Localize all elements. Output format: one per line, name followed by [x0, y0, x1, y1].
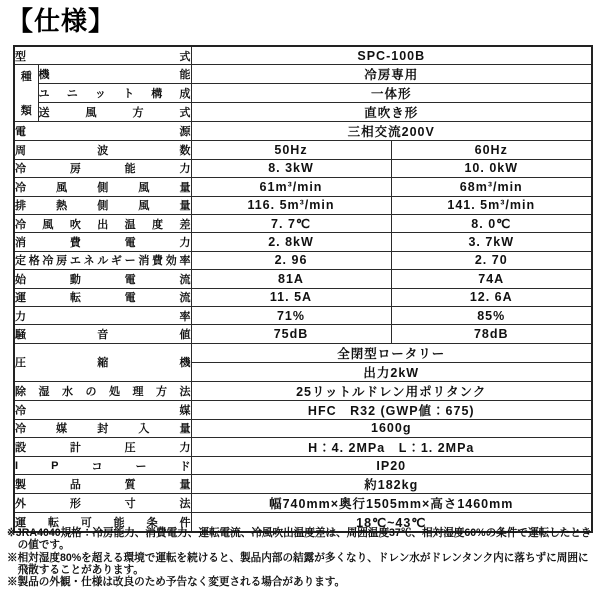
label-char: ユ — [39, 85, 50, 101]
label-char: 圧 — [15, 354, 26, 370]
spec-label-cell: 始動電流 — [14, 270, 191, 288]
label-char: 費 — [152, 252, 163, 268]
spec-label-cell: IPコード — [14, 457, 191, 475]
label-char: 出 — [97, 216, 108, 232]
label-text: 力率 — [15, 308, 191, 324]
spec-value-cell: 61m³/min — [191, 178, 391, 196]
spec-row: ユニット構成一体形 — [14, 84, 592, 103]
spec-value-cell: 1600g — [191, 419, 592, 437]
spec-value-cell: 約182kg — [191, 475, 592, 494]
group-label: 種類 — [15, 65, 38, 121]
label-char: 力 — [179, 160, 190, 176]
label-char: 側 — [97, 179, 108, 195]
label-char: エ — [70, 252, 81, 268]
label-char: ド — [179, 458, 190, 474]
spec-value-cell: 冷房専用 — [191, 65, 592, 84]
label-char: 水 — [62, 383, 73, 399]
spec-row: 電源三相交流200V — [14, 122, 592, 141]
label-char: 式 — [180, 104, 191, 120]
label-char: 機 — [180, 354, 191, 370]
label-char: ー — [135, 458, 146, 474]
label-char: 風 — [138, 179, 149, 195]
label-char: 冷 — [15, 420, 26, 436]
label-char: 成 — [179, 85, 190, 101]
spec-row: 冷媒HFC R32 (GWP値：675) — [14, 400, 592, 419]
label-text: 冷房能力 — [15, 160, 191, 176]
spec-value-cell: 幅740mm×奥行1505mm×高さ1460mm — [191, 494, 592, 513]
label-char: 湿 — [39, 383, 50, 399]
footnote: ※JRA4040規格：冷房能力、消費電力、運転電流、冷風吹出温度差は、周囲温度3… — [7, 527, 595, 552]
label-char: 排 — [15, 197, 26, 213]
spec-value-cell: 出力2kW — [191, 362, 592, 381]
label-char: 風 — [86, 104, 97, 120]
label-char: 力 — [15, 308, 26, 324]
label-char: ル — [97, 252, 108, 268]
label-text: 消費電力 — [15, 234, 191, 250]
spec-value-cell: 8. 0℃ — [391, 214, 592, 232]
label-char: 房 — [56, 252, 67, 268]
label-text: 機能 — [39, 66, 191, 82]
spec-label-cell: 冷媒 — [14, 400, 191, 419]
label-char: 始 — [15, 271, 26, 287]
label-char: 波 — [97, 142, 108, 158]
spec-value-cell: 2. 96 — [191, 251, 391, 269]
label-char: 圧 — [125, 439, 136, 455]
footnotes: ※JRA4040規格：冷房能力、消費電力、運転電流、冷風吹出温度差は、周囲温度3… — [7, 527, 595, 588]
spec-page: { "title": "【仕様】", "colors": { "border":… — [0, 0, 600, 600]
spec-row: 周波数50Hz60Hz — [14, 141, 592, 159]
spec-value-cell: 3. 7kW — [391, 233, 592, 251]
spec-row: 定格冷房エネルギー消費効率2. 962. 70 — [14, 251, 592, 269]
spec-value-cell: 25リットルドレン用ポリタンク — [191, 381, 592, 400]
spec-value-cell: 68m³/min — [391, 178, 592, 196]
label-char: 電 — [125, 271, 136, 287]
label-char: 品 — [70, 476, 81, 492]
label-char: 媒 — [56, 420, 67, 436]
label-char: 消 — [15, 234, 26, 250]
label-char: 運 — [15, 289, 26, 305]
label-char: 周 — [15, 142, 26, 158]
label-char: 媒 — [180, 402, 191, 418]
label-char: 量 — [180, 179, 191, 195]
label-char: 理 — [133, 383, 144, 399]
spec-value-cell: 2. 70 — [391, 251, 592, 269]
label-char: 設 — [15, 439, 26, 455]
spec-row: 始動電流81A74A — [14, 270, 592, 288]
label-char: 縮 — [97, 354, 108, 370]
spec-row: 外形寸法幅740mm×奥行1505mm×高さ1460mm — [14, 494, 592, 513]
label-char: 音 — [97, 326, 108, 342]
spec-value-cell: 7. 7℃ — [191, 214, 391, 232]
label-text: 製品質量 — [15, 476, 191, 492]
spec-label-cell: 機能 — [38, 65, 191, 84]
spec-value-cell: 10. 0kW — [391, 159, 592, 177]
spec-row: 圧縮機全閉型ロータリー — [14, 343, 592, 362]
label-char: 電 — [15, 123, 26, 139]
label-text: 冷媒 — [15, 402, 191, 418]
spec-label-cell: 冷房能力 — [14, 159, 191, 177]
spec-value-cell: H：4. 2MPa L：1. 2MPa — [191, 438, 592, 457]
label-char: ニ — [67, 85, 78, 101]
spec-label-cell: 消費電力 — [14, 233, 191, 251]
label-char: 式 — [180, 48, 191, 64]
spec-value-cell: 一体形 — [191, 84, 592, 103]
label-char: 差 — [179, 216, 190, 232]
label-char: 転 — [70, 289, 81, 305]
label-char: 側 — [97, 197, 108, 213]
label-char: 形 — [70, 495, 81, 511]
spec-label-cell: 圧縮機 — [14, 343, 191, 381]
label-char: 騒 — [15, 326, 26, 342]
label-char: 費 — [70, 234, 81, 250]
spec-value-cell: 三相交流200V — [191, 122, 592, 141]
spec-value-cell: 78dB — [391, 325, 592, 343]
label-char: 消 — [138, 252, 149, 268]
group-label-char: 類 — [21, 102, 32, 118]
label-char: 力 — [179, 234, 190, 250]
label-text: 冷媒封入量 — [15, 420, 191, 436]
label-char: 冷 — [15, 216, 26, 232]
spec-label-cell: 型式 — [14, 46, 191, 65]
label-char: 構 — [151, 85, 162, 101]
label-char: 封 — [97, 420, 108, 436]
label-char: 法 — [179, 495, 190, 511]
label-text: 周波数 — [15, 142, 191, 158]
spec-value-cell: 12. 6A — [391, 288, 592, 306]
label-char: 源 — [180, 123, 191, 139]
label-text: 冷風吹出温度差 — [15, 216, 191, 232]
spec-row: IPコードIP20 — [14, 457, 592, 475]
label-text: 設計圧力 — [15, 439, 191, 455]
label-char: 風 — [138, 197, 149, 213]
label-char: 数 — [180, 142, 191, 158]
label-char: 電 — [125, 234, 136, 250]
label-char: 率 — [179, 252, 190, 268]
label-char: 型 — [15, 48, 26, 64]
label-char: 吹 — [70, 216, 81, 232]
label-char: 冷 — [15, 160, 26, 176]
spec-label-cell: 除湿水の処理方法 — [14, 381, 191, 400]
spec-value-cell: 81A — [191, 270, 391, 288]
label-char: 法 — [180, 383, 191, 399]
label-char: 量 — [179, 476, 190, 492]
spec-value-cell: 141. 5m³/min — [391, 196, 592, 214]
spec-label-cell: ユニット構成 — [38, 84, 191, 103]
label-text: 定格冷房エネルギー消費効率 — [15, 252, 191, 268]
spec-value-cell: 2. 8kW — [191, 233, 391, 251]
spec-value-cell: 直吹き形 — [191, 103, 592, 122]
label-char: 温 — [125, 216, 136, 232]
spec-label-cell: 冷風吹出温度差 — [14, 214, 191, 232]
spec-label-cell: 騒音値 — [14, 325, 191, 343]
label-char: 効 — [166, 252, 177, 268]
spec-row: 送風方式直吹き形 — [14, 103, 592, 122]
spec-table: 型式SPC-100B種類機能冷房専用ユニット構成一体形送風方式直吹き形電源三相交… — [13, 45, 593, 533]
group-label-char: 種 — [21, 68, 32, 84]
label-text: IPコード — [15, 458, 191, 474]
spec-row: 型式SPC-100B — [14, 46, 592, 65]
label-char: 房 — [70, 160, 81, 176]
label-char: 入 — [138, 420, 149, 436]
spec-label-cell: 電源 — [14, 122, 191, 141]
label-char: コ — [91, 458, 102, 474]
label-char: 計 — [70, 439, 81, 455]
spec-label-cell: 外形寸法 — [14, 494, 191, 513]
spec-row: 冷風吹出温度差7. 7℃8. 0℃ — [14, 214, 592, 232]
footnote: ※相対湿度80%を超える環境で運転を続けると、製品内部の結露が多くなり、ドレン水… — [7, 552, 595, 577]
spec-value-cell: 85% — [391, 306, 592, 324]
spec-value-cell: 74A — [391, 270, 592, 288]
label-char: ギ — [111, 252, 122, 268]
label-text: 騒音値 — [15, 326, 191, 342]
spec-value-cell: 71% — [191, 306, 391, 324]
footnote: ※製品の外観・仕様は改良のため予告なく変更される場合があります。 — [7, 576, 595, 588]
spec-value-cell: 8. 3kW — [191, 159, 391, 177]
label-char: 処 — [109, 383, 120, 399]
spec-value-cell: 60Hz — [391, 141, 592, 159]
spec-label-cell: 定格冷房エネルギー消費効率 — [14, 251, 191, 269]
spec-label-cell: 力率 — [14, 306, 191, 324]
label-text: 始動電流 — [15, 271, 191, 287]
label-text: 圧縮機 — [15, 354, 191, 370]
label-text: 送風方式 — [39, 104, 191, 120]
spec-value-cell: SPC-100B — [191, 46, 592, 65]
spec-row: 運転電流11. 5A12. 6A — [14, 288, 592, 306]
label-char: ー — [125, 252, 136, 268]
label-char: 量 — [180, 420, 191, 436]
label-char: 方 — [133, 104, 144, 120]
spec-label-cell: 冷風側風量 — [14, 178, 191, 196]
label-char: 電 — [125, 289, 136, 305]
label-text: 除湿水の処理方法 — [15, 383, 191, 399]
spec-row: 力率71%85% — [14, 306, 592, 324]
label-char: 機 — [39, 66, 50, 82]
label-text: 排熱側風量 — [15, 197, 191, 213]
spec-value-cell: 75dB — [191, 325, 391, 343]
spec-value-cell: 116. 5m³/min — [191, 196, 391, 214]
spec-value-cell: 50Hz — [191, 141, 391, 159]
label-char: ネ — [84, 252, 95, 268]
label-char: 力 — [179, 439, 190, 455]
spec-row: 消費電力2. 8kW3. 7kW — [14, 233, 592, 251]
spec-row: 種類機能冷房専用 — [14, 65, 592, 84]
label-char: I — [15, 460, 18, 472]
label-char: 量 — [180, 197, 191, 213]
label-char: 格 — [29, 252, 40, 268]
spec-row: 除湿水の処理方法25リットルドレン用ポリタンク — [14, 381, 592, 400]
spec-row: 製品質量約182kg — [14, 475, 592, 494]
spec-value-cell: 全閉型ロータリー — [191, 343, 592, 362]
spec-row: 排熱側風量116. 5m³/min141. 5m³/min — [14, 196, 592, 214]
label-char: 動 — [70, 271, 81, 287]
label-char: 外 — [15, 495, 26, 511]
label-char: 製 — [15, 476, 26, 492]
label-char: ッ — [95, 85, 106, 101]
label-char: 流 — [179, 289, 190, 305]
label-char: 除 — [15, 383, 26, 399]
spec-label-cell: 送風方式 — [38, 103, 191, 122]
label-char: 値 — [180, 326, 191, 342]
label-text: 冷風側風量 — [15, 179, 191, 195]
label-char: 冷 — [42, 252, 53, 268]
label-char: 質 — [125, 476, 136, 492]
spec-row: 冷媒封入量1600g — [14, 419, 592, 437]
label-char: 度 — [152, 216, 163, 232]
spec-group-cell: 種類 — [14, 65, 38, 122]
label-char: 定 — [15, 252, 26, 268]
label-text: ユニット構成 — [39, 85, 191, 101]
spec-value-cell: 11. 5A — [191, 288, 391, 306]
label-char: 風 — [42, 216, 53, 232]
label-text: 運転電流 — [15, 289, 191, 305]
spec-label-cell: 製品質量 — [14, 475, 191, 494]
label-char: 方 — [156, 383, 167, 399]
label-char: 率 — [180, 308, 191, 324]
label-char: 熱 — [56, 197, 67, 213]
label-char: P — [51, 460, 58, 472]
label-char: 送 — [39, 104, 50, 120]
page-title: 【仕様】 — [7, 1, 115, 38]
label-char: 冷 — [15, 179, 26, 195]
spec-label-cell: 周波数 — [14, 141, 191, 159]
spec-label-cell: 設計圧力 — [14, 438, 191, 457]
label-char: 冷 — [15, 402, 26, 418]
label-text: 電源 — [15, 123, 191, 139]
label-char: 流 — [179, 271, 190, 287]
spec-value-cell: IP20 — [191, 457, 592, 475]
label-char: 能 — [180, 66, 191, 82]
label-char: ト — [123, 85, 134, 101]
spec-value-cell: HFC R32 (GWP値：675) — [191, 400, 592, 419]
spec-label-cell: 冷媒封入量 — [14, 419, 191, 437]
spec-row: 騒音値75dB78dB — [14, 325, 592, 343]
spec-label-cell: 運転電流 — [14, 288, 191, 306]
label-char: の — [86, 383, 97, 399]
spec-row: 冷風側風量61m³/min68m³/min — [14, 178, 592, 196]
label-text: 型式 — [15, 48, 191, 64]
spec-row: 冷房能力8. 3kW10. 0kW — [14, 159, 592, 177]
label-char: 寸 — [125, 495, 136, 511]
label-char: 能 — [125, 160, 136, 176]
spec-row: 設計圧力H：4. 2MPa L：1. 2MPa — [14, 438, 592, 457]
label-text: 外形寸法 — [15, 495, 191, 511]
spec-label-cell: 排熱側風量 — [14, 196, 191, 214]
label-char: 風 — [56, 179, 67, 195]
